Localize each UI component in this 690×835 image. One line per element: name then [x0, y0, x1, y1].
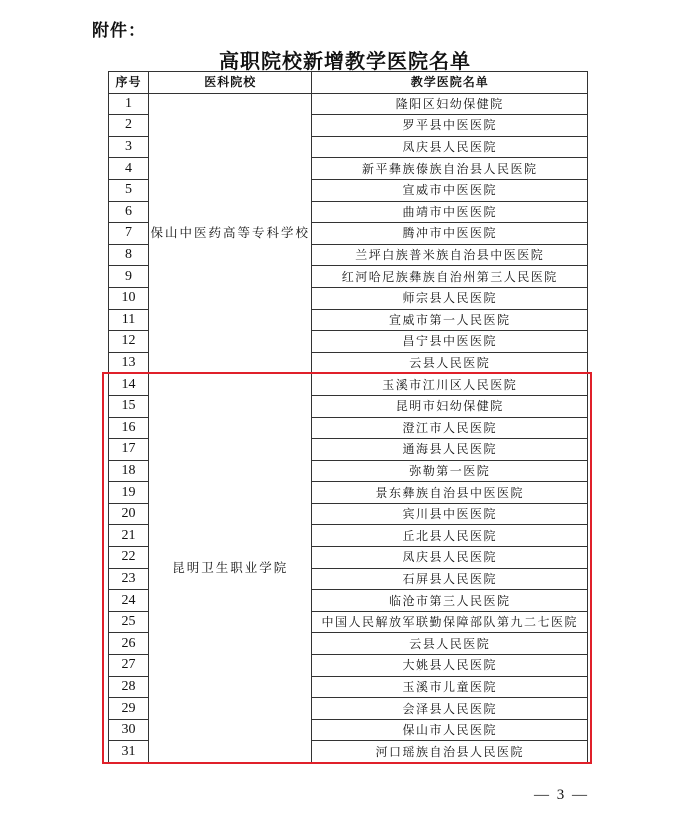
row-number: 8: [109, 244, 149, 266]
page-number: — 3 —: [534, 787, 589, 804]
table-row: 14昆明卫生职业学院玉溪市江川区人民医院: [109, 374, 588, 396]
row-number: 12: [109, 331, 149, 353]
hospital-name: 云县人民医院: [312, 633, 588, 655]
row-number: 14: [109, 374, 149, 396]
row-number: 16: [109, 417, 149, 439]
hospital-name: 河口瑶族自治县人民医院: [312, 741, 588, 763]
hospital-name: 宣威市中医医院: [312, 179, 588, 201]
hospital-name: 凤庆县人民医院: [312, 136, 588, 158]
hospital-name: 保山市人民医院: [312, 719, 588, 741]
row-number: 20: [109, 503, 149, 525]
row-number: 31: [109, 741, 149, 763]
hospital-name: 红河哈尼族彝族自治州第三人民医院: [312, 266, 588, 288]
hospital-name: 凤庆县人民医院: [312, 547, 588, 569]
row-number: 4: [109, 158, 149, 180]
row-number: 18: [109, 460, 149, 482]
attachment-label: 附件：: [92, 16, 146, 41]
hospital-name: 曲靖市中医医院: [312, 201, 588, 223]
row-number: 19: [109, 482, 149, 504]
row-number: 21: [109, 525, 149, 547]
row-number: 2: [109, 115, 149, 137]
hospital-name: 丘北县人民医院: [312, 525, 588, 547]
row-number: 3: [109, 136, 149, 158]
row-number: 9: [109, 266, 149, 288]
row-number: 27: [109, 655, 149, 677]
row-number: 1: [109, 93, 149, 115]
row-number: 13: [109, 352, 149, 374]
hospital-name: 罗平县中医医院: [312, 115, 588, 137]
row-number: 22: [109, 547, 149, 569]
row-number: 28: [109, 676, 149, 698]
row-number: 29: [109, 698, 149, 720]
row-number: 24: [109, 590, 149, 612]
row-number: 17: [109, 439, 149, 461]
hospital-name: 石屏县人民医院: [312, 568, 588, 590]
row-number: 10: [109, 287, 149, 309]
hospital-name: 兰坪白族普米族自治县中医医院: [312, 244, 588, 266]
hospital-name: 临沧市第三人民医院: [312, 590, 588, 612]
hospital-name: 昆明市妇幼保健院: [312, 395, 588, 417]
row-number: 25: [109, 611, 149, 633]
row-number: 23: [109, 568, 149, 590]
hospital-name: 昌宁县中医医院: [312, 331, 588, 353]
row-number: 6: [109, 201, 149, 223]
row-number: 5: [109, 179, 149, 201]
hospital-name: 宾川县中医医院: [312, 503, 588, 525]
row-number: 30: [109, 719, 149, 741]
hospital-name: 会泽县人民医院: [312, 698, 588, 720]
hospital-name: 澄江市人民医院: [312, 417, 588, 439]
hospital-name: 弥勒第一医院: [312, 460, 588, 482]
row-number: 7: [109, 223, 149, 245]
hospital-name: 云县人民医院: [312, 352, 588, 374]
header-school: 医科院校: [149, 72, 312, 94]
row-number: 11: [109, 309, 149, 331]
hospital-name: 新平彝族傣族自治县人民医院: [312, 158, 588, 180]
school-name: 保山中医药高等专科学校: [149, 93, 312, 374]
table-header-row: 序号 医科院校 教学医院名单: [109, 72, 588, 94]
school-name: 昆明卫生职业学院: [149, 374, 312, 763]
hospital-name: 景东彝族自治县中医医院: [312, 482, 588, 504]
hospital-name: 师宗县人民医院: [312, 287, 588, 309]
header-hospital: 教学医院名单: [312, 72, 588, 94]
row-number: 15: [109, 395, 149, 417]
hospital-name: 中国人民解放军联勤保障部队第九二七医院: [312, 611, 588, 633]
hospital-name: 通海县人民医院: [312, 439, 588, 461]
teaching-hospital-table: 序号 医科院校 教学医院名单 1保山中医药高等专科学校隆阳区妇幼保健院2罗平县中…: [108, 71, 588, 763]
hospital-name: 隆阳区妇幼保健院: [312, 93, 588, 115]
hospital-name: 腾冲市中医医院: [312, 223, 588, 245]
header-no: 序号: [109, 72, 149, 94]
hospital-name: 玉溪市江川区人民医院: [312, 374, 588, 396]
row-number: 26: [109, 633, 149, 655]
table-row: 1保山中医药高等专科学校隆阳区妇幼保健院: [109, 93, 588, 115]
hospital-name: 宣威市第一人民医院: [312, 309, 588, 331]
document-title: 高职院校新增教学医院名单: [0, 45, 690, 74]
table-body: 1保山中医药高等专科学校隆阳区妇幼保健院2罗平县中医医院3凤庆县人民医院4新平彝…: [109, 93, 588, 762]
hospital-name: 玉溪市儿童医院: [312, 676, 588, 698]
hospital-name: 大姚县人民医院: [312, 655, 588, 677]
